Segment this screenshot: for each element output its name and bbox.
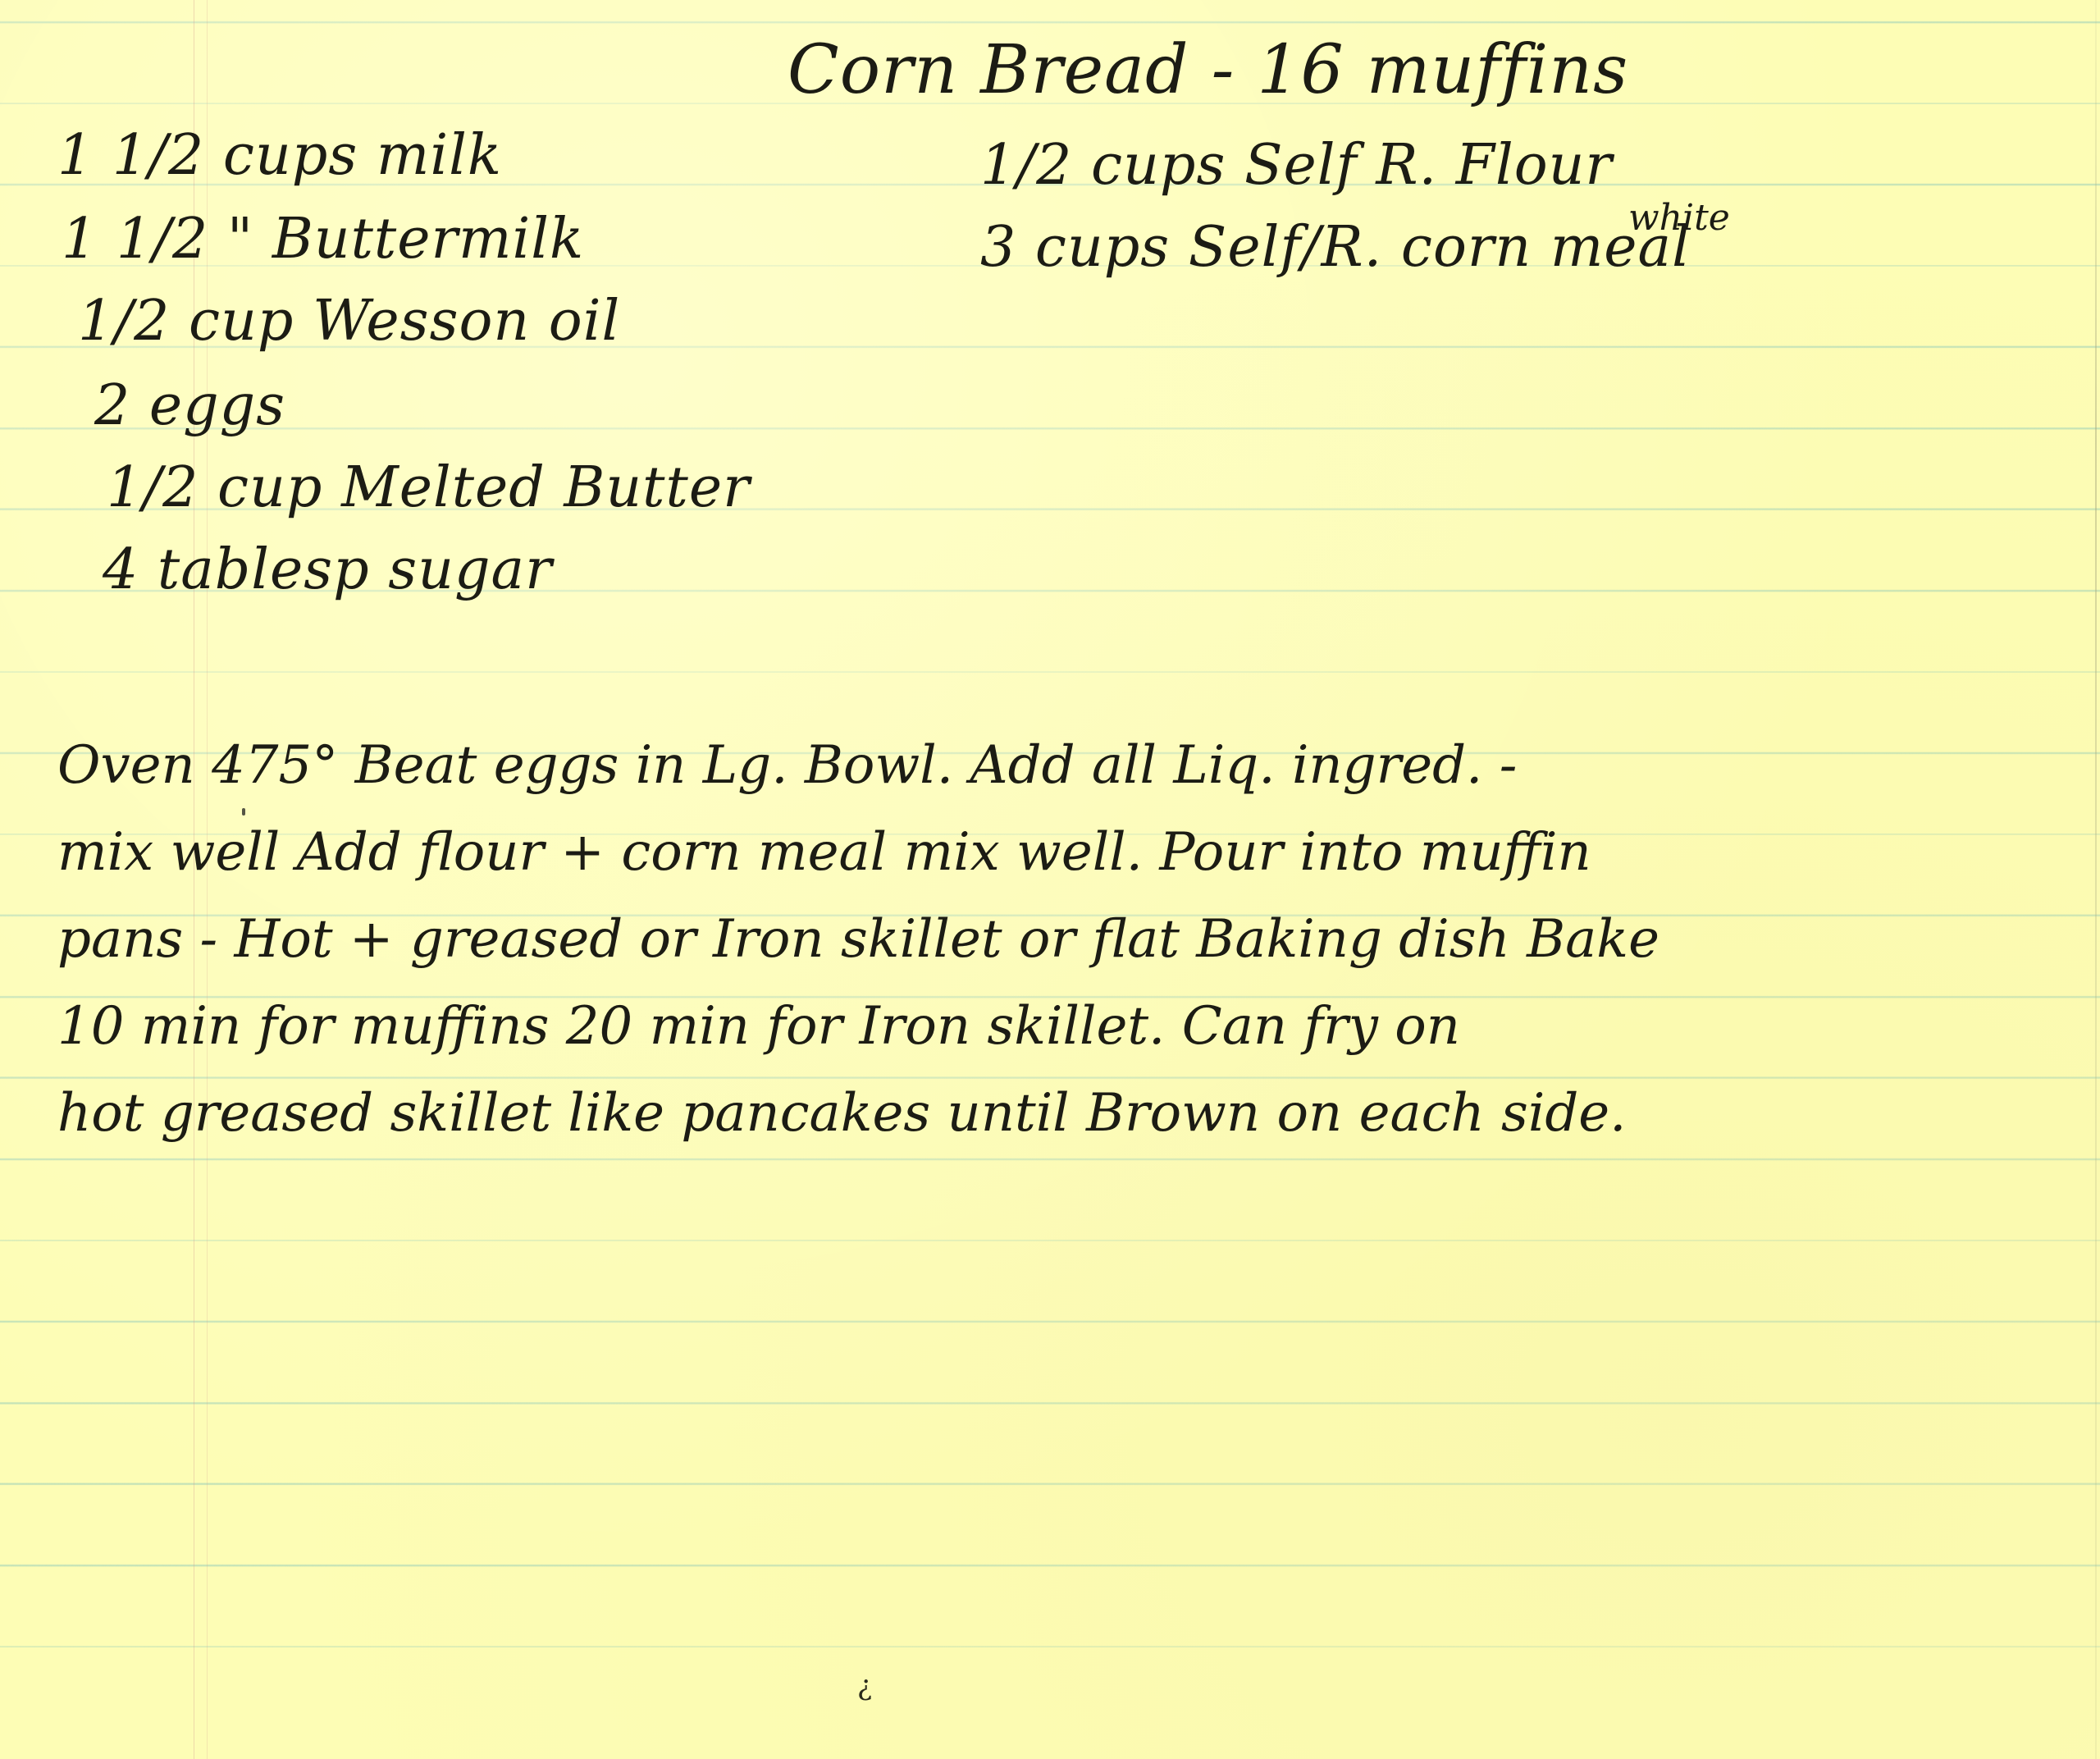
ink-speck xyxy=(242,808,245,816)
instruction-line: 10 min for muffins 20 min for Iron skill… xyxy=(57,983,2059,1070)
recipe-instructions: Oven 475° Beat eggs in Lg. Bowl. Add all… xyxy=(57,722,2059,1157)
stray-ink-mark: ¿ xyxy=(857,1670,872,1702)
insertion-note: white xyxy=(1628,197,1730,239)
recipe-title: Corn Bread - 16 muffins xyxy=(787,31,1628,109)
ingredient-eggs: 2 eggs xyxy=(94,373,285,438)
ingredient-cornmeal: 3 cups Self/R. corn meal xyxy=(980,215,1691,280)
instruction-line: hot greased skillet like pancakes until … xyxy=(57,1070,2059,1157)
instruction-line: Oven 475° Beat eggs in Lg. Bowl. Add all… xyxy=(57,722,2059,809)
instruction-line: pans - Hot + greased or Iron skillet or … xyxy=(57,896,2059,983)
ingredient-buttermilk: 1 1/2 " Buttermilk xyxy=(62,207,584,272)
paper-edge-shadow xyxy=(2095,0,2097,1759)
ingredient-oil: 1/2 cup Wesson oil xyxy=(78,289,620,354)
ingredient-milk: 1 1/2 cups milk xyxy=(57,123,502,188)
ingredient-flour: 1/2 cups Self R. Flour xyxy=(980,133,1613,198)
ingredient-butter: 1/2 cup Melted Butter xyxy=(107,455,751,520)
instruction-line: mix well Add flour + corn meal mix well.… xyxy=(57,809,2059,896)
ingredient-sugar: 4 tablesp sugar xyxy=(103,537,553,602)
